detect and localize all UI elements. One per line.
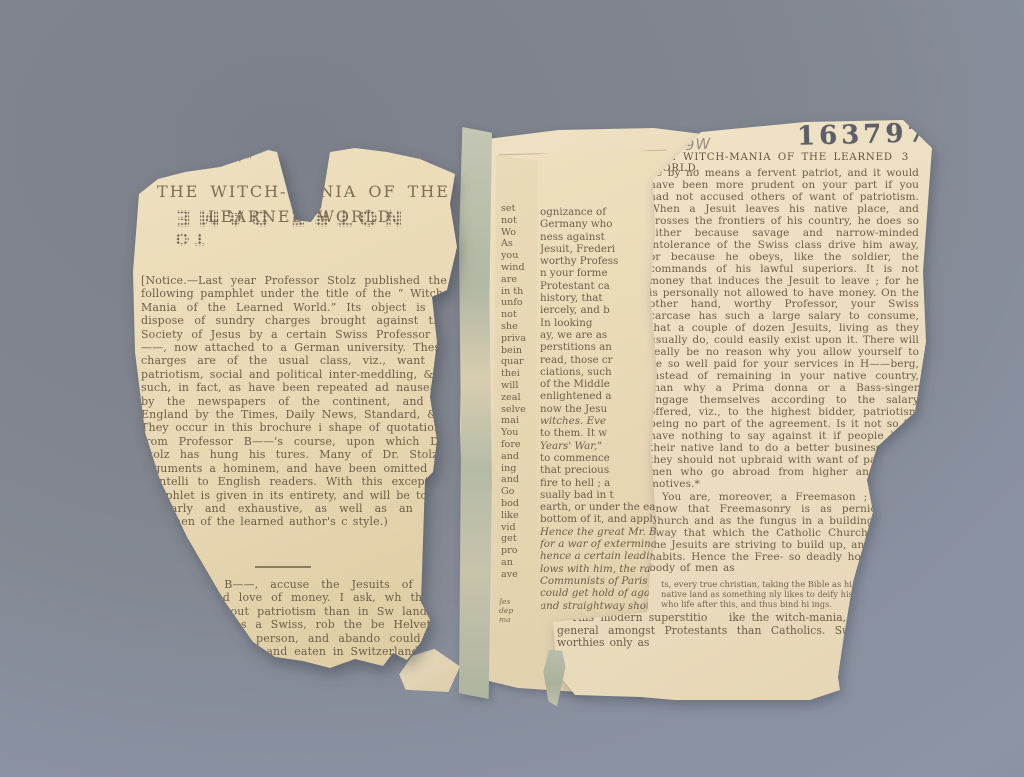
body-paragraph-3: This modern superstitio ike the witch-ma… bbox=[557, 612, 917, 649]
pamphlet-title-line1: THE WITCH-MANIA OF THE bbox=[153, 180, 454, 205]
footnote-text: ts, every true christian, taking the Bib… bbox=[661, 579, 919, 609]
middle-fragment-sliver-page: setnotWoAsyouwindarein thunfonotshepriva… bbox=[492, 155, 542, 665]
notice-paragraph: [Notice.—Last year Professor Stolz publi… bbox=[141, 274, 447, 529]
spine-tape-residue bbox=[459, 127, 492, 699]
page-number: 3 bbox=[902, 152, 909, 163]
middle-text-column: ognizance ofGermany whoness againstJesui… bbox=[540, 206, 668, 612]
accession-stamp-number: 163797 bbox=[797, 118, 930, 151]
middle-fragment-top-page: ognizance ofGermany whoness againstJesui… bbox=[536, 148, 668, 664]
section-rule bbox=[255, 566, 311, 568]
body-paragraph-1: be by no means a fervent patriot, and it… bbox=[649, 168, 919, 491]
right-text-column: be by no means a fervent patriot, and it… bbox=[649, 168, 919, 650]
perforation-mark-left: TO bbox=[171, 228, 205, 248]
perforation-mark-top: :Y. bbox=[216, 143, 253, 166]
left-fragment-page: :Y. THE WITCH-MANIA OF THE LEARNED WORLD… bbox=[125, 142, 460, 677]
body-paragraph-2: You are, moreover, a Freemason ; and we … bbox=[649, 492, 919, 576]
sliver-text-column: setnotWoAsyouwindarein thunfonotshepriva… bbox=[501, 203, 541, 581]
sliver-footnote: Jesdepma bbox=[499, 597, 513, 624]
perforation-notre-dame: NOTRE DAME bbox=[143, 204, 403, 229]
closing-paragraph: You, Mr. B——, accuse the Jesuits of wa p… bbox=[141, 578, 441, 672]
photograph-of-torn-pamphlet-fragments: { "scene": { "description": "Three torn … bbox=[0, 0, 1024, 777]
